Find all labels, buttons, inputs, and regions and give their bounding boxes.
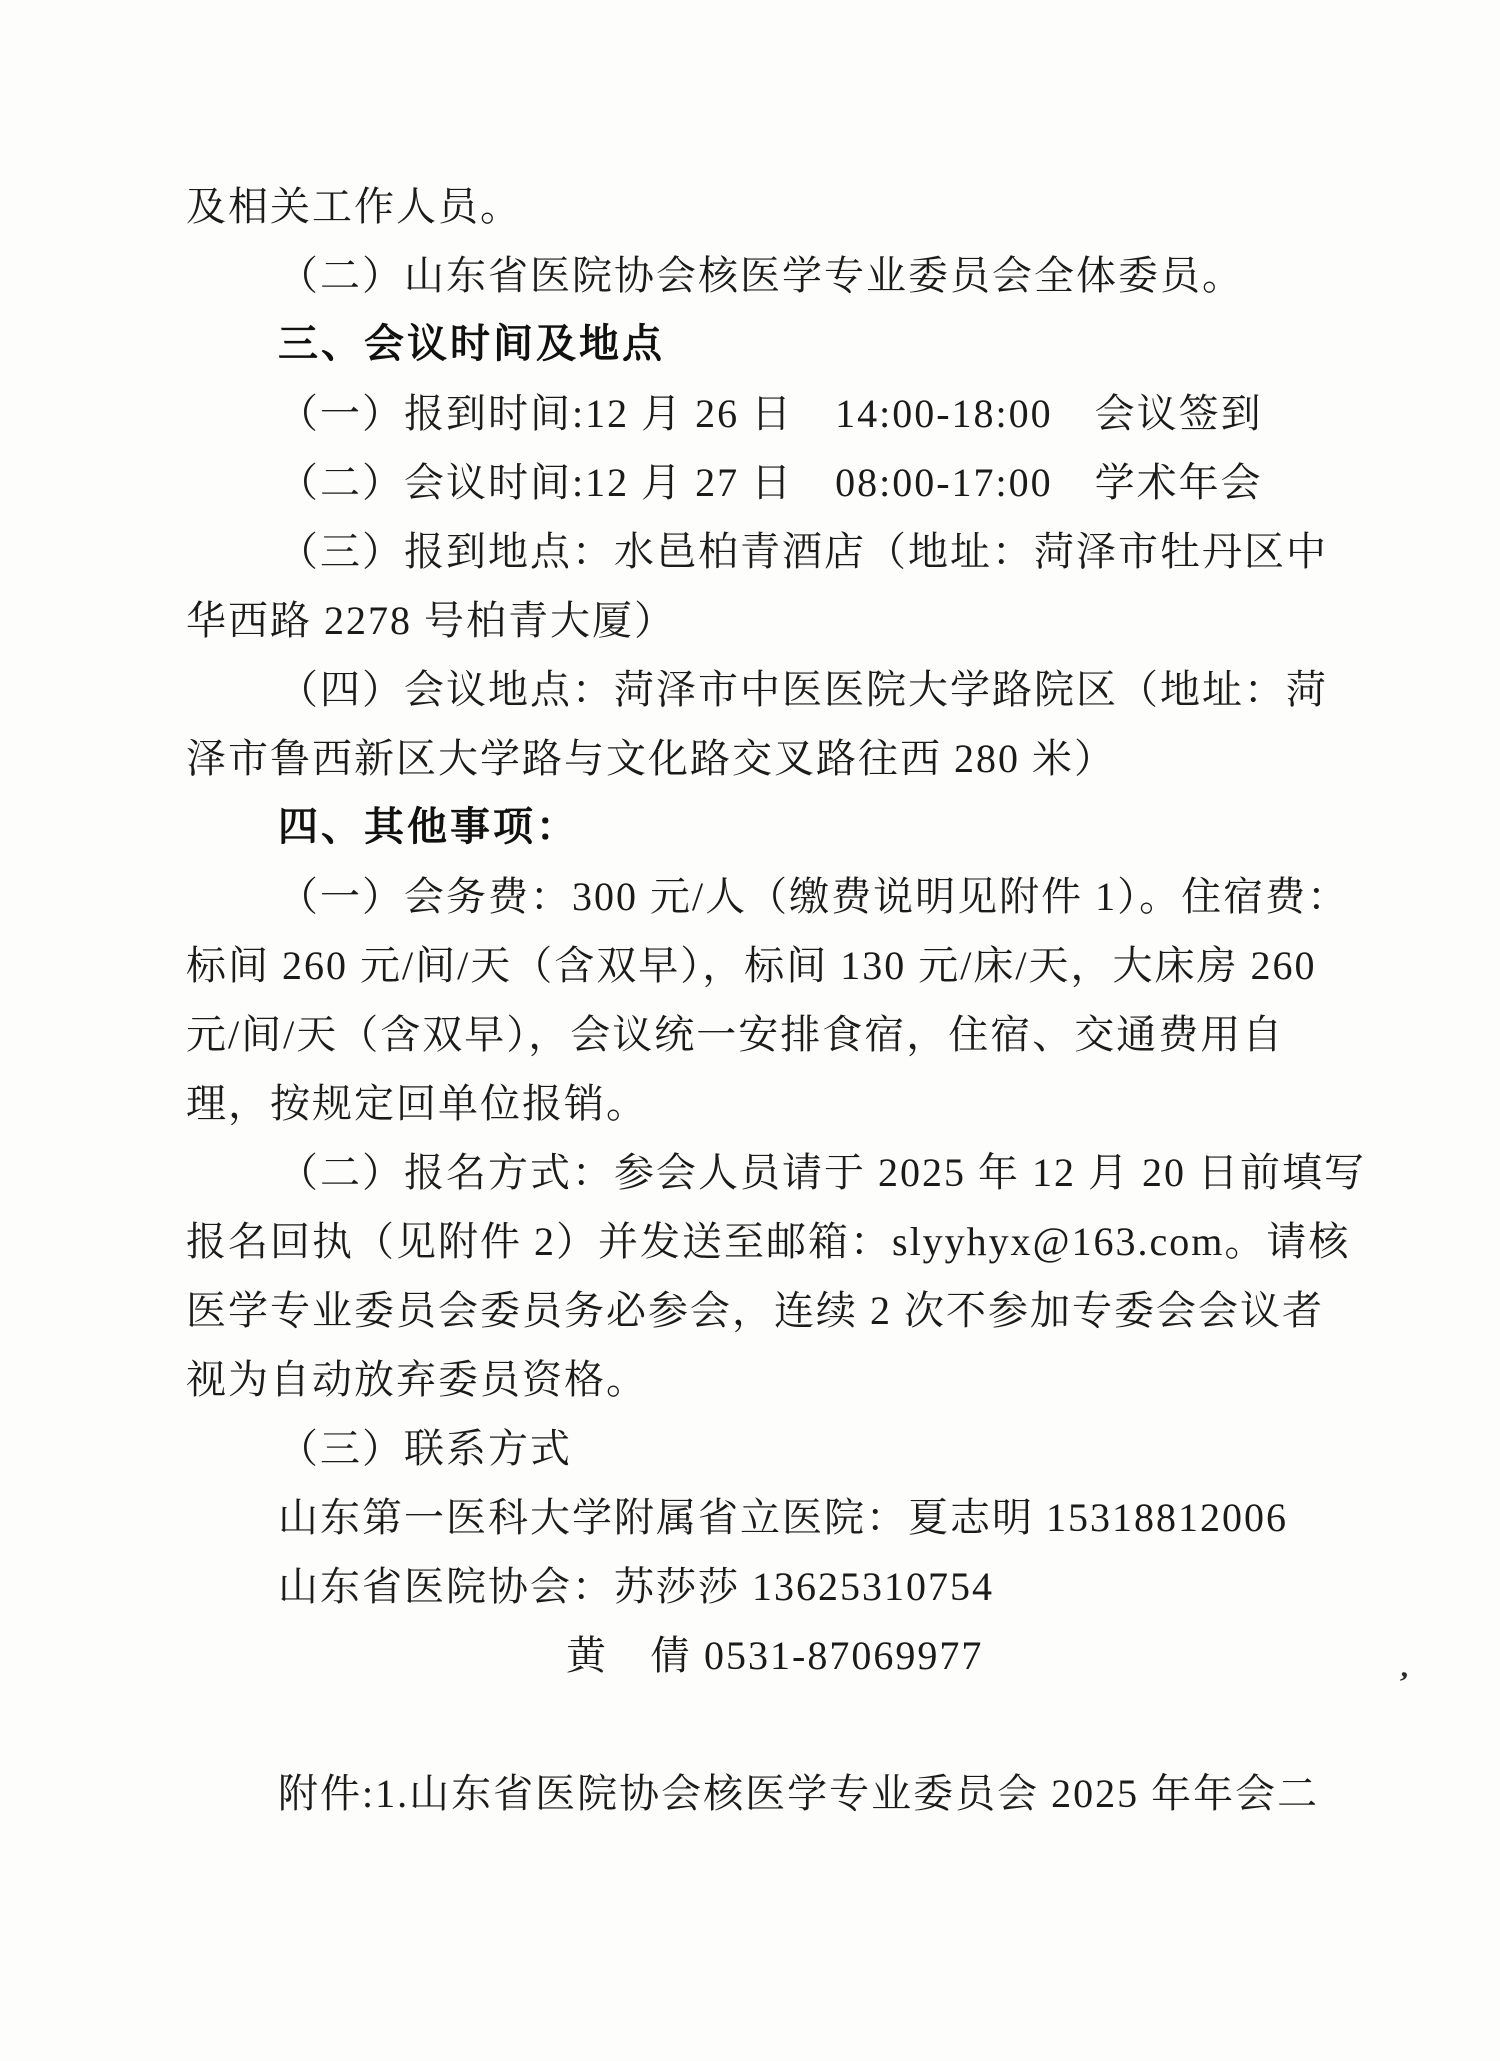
doc-line-registration: （二）报名方式：参会人员请于 2025 年 12 月 20 日前填写: [186, 1138, 1316, 1207]
doc-line-checkin-place-cont: 华西路 2278 号柏青大厦）: [186, 586, 1316, 655]
doc-line-checkin-place: （三）报到地点：水邑柏青酒店（地址：菏泽市牡丹区中: [186, 517, 1316, 586]
doc-line-contact-3: 黄 倩 0531-87069977: [186, 1621, 1316, 1690]
doc-line-contact-2: 山东省医院协会：苏莎莎 13625310754: [186, 1552, 1316, 1621]
doc-line-registration-cont-2: 医学专业委员会委员务必参会，连续 2 次不参加专委会会议者: [186, 1276, 1316, 1345]
doc-line-fee-cont-2: 元/间/天（含双早），会议统一安排食宿，住宿、交通费用自: [186, 1000, 1316, 1069]
doc-heading-section-3: 三、会议时间及地点: [186, 310, 1316, 379]
document-text-block: 及相关工作人员。 （二）山东省医院协会核医学专业委员会全体委员。 三、会议时间及…: [186, 172, 1316, 1828]
doc-line-attendees-2: （二）山东省医院协会核医学专业委员会全体委员。: [186, 241, 1316, 310]
doc-line-contact-header: （三）联系方式: [186, 1414, 1316, 1483]
doc-line-meeting-place-cont: 泽市鲁西新区大学路与文化路交叉路往西 280 米）: [186, 724, 1316, 793]
doc-line-meeting-place: （四）会议地点：菏泽市中医医院大学路院区（地址：菏: [186, 655, 1316, 724]
doc-line-registration-cont-1: 报名回执（见附件 2）并发送至邮箱：slyyhyx@163.com。请核: [186, 1207, 1316, 1276]
doc-line-meeting-time: （二）会议时间:12 月 27 日 08:00-17:00 学术年会: [186, 448, 1316, 517]
doc-heading-section-4: 四、其他事项：: [186, 793, 1316, 862]
scan-stray-mark: ’: [1396, 1665, 1411, 1700]
doc-line-contact-1: 山东第一医科大学附属省立医院：夏志明 15318812006: [186, 1483, 1316, 1552]
doc-line-checkin-time: （一）报到时间:12 月 26 日 14:00-18:00 会议签到: [186, 379, 1316, 448]
doc-line-fee-cont-3: 理，按规定回单位报销。: [186, 1069, 1316, 1138]
doc-line-attachment: 附件:1.山东省医院协会核医学专业委员会 2025 年年会二: [186, 1759, 1316, 1828]
doc-line-continuation: 及相关工作人员。: [186, 172, 1316, 241]
document-page: 及相关工作人员。 （二）山东省医院协会核医学专业委员会全体委员。 三、会议时间及…: [0, 0, 1500, 2061]
doc-line-fee-cont-1: 标间 260 元/间/天（含双早），标间 130 元/床/天，大床房 260: [186, 931, 1316, 1000]
blank-line: [186, 1690, 1316, 1759]
doc-line-registration-cont-3: 视为自动放弃委员资格。: [186, 1345, 1316, 1414]
doc-line-fee: （一）会务费：300 元/人（缴费说明见附件 1）。住宿费：: [186, 862, 1316, 931]
